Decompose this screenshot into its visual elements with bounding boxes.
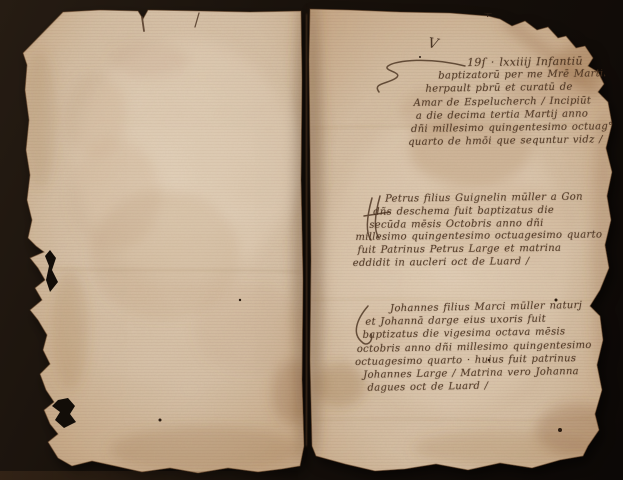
manuscript-line: Petrus filius Guignelin mūller a Gon xyxy=(385,191,602,206)
manuscript-line: eddidit in aucleri oct de Luard / xyxy=(353,255,603,270)
gutter-crease xyxy=(306,14,307,446)
baptism-entry-johannes: Johannes filius Marci mūller naturj et J… xyxy=(354,299,593,396)
baptism-entry-petrus: Petrus filius Guignelin mūller a Gon dñs… xyxy=(352,191,603,270)
scan-bed-shadow xyxy=(0,471,300,480)
left-page xyxy=(0,0,320,480)
left-page-texture xyxy=(0,0,320,480)
paraph-mark: V xyxy=(427,35,440,53)
manuscript-scan: V + 1 19ſ · lxxiiij Infantiū baptizatorū… xyxy=(0,0,623,480)
baptism-entry-heading: 19ſ · lxxiiij Infantiū baptizatorū per m… xyxy=(407,54,618,149)
manuscript-line: quarto de hmōi que sequntur vidz / xyxy=(408,133,618,149)
manuscript-line: dagues oct de Luard / xyxy=(367,378,592,395)
